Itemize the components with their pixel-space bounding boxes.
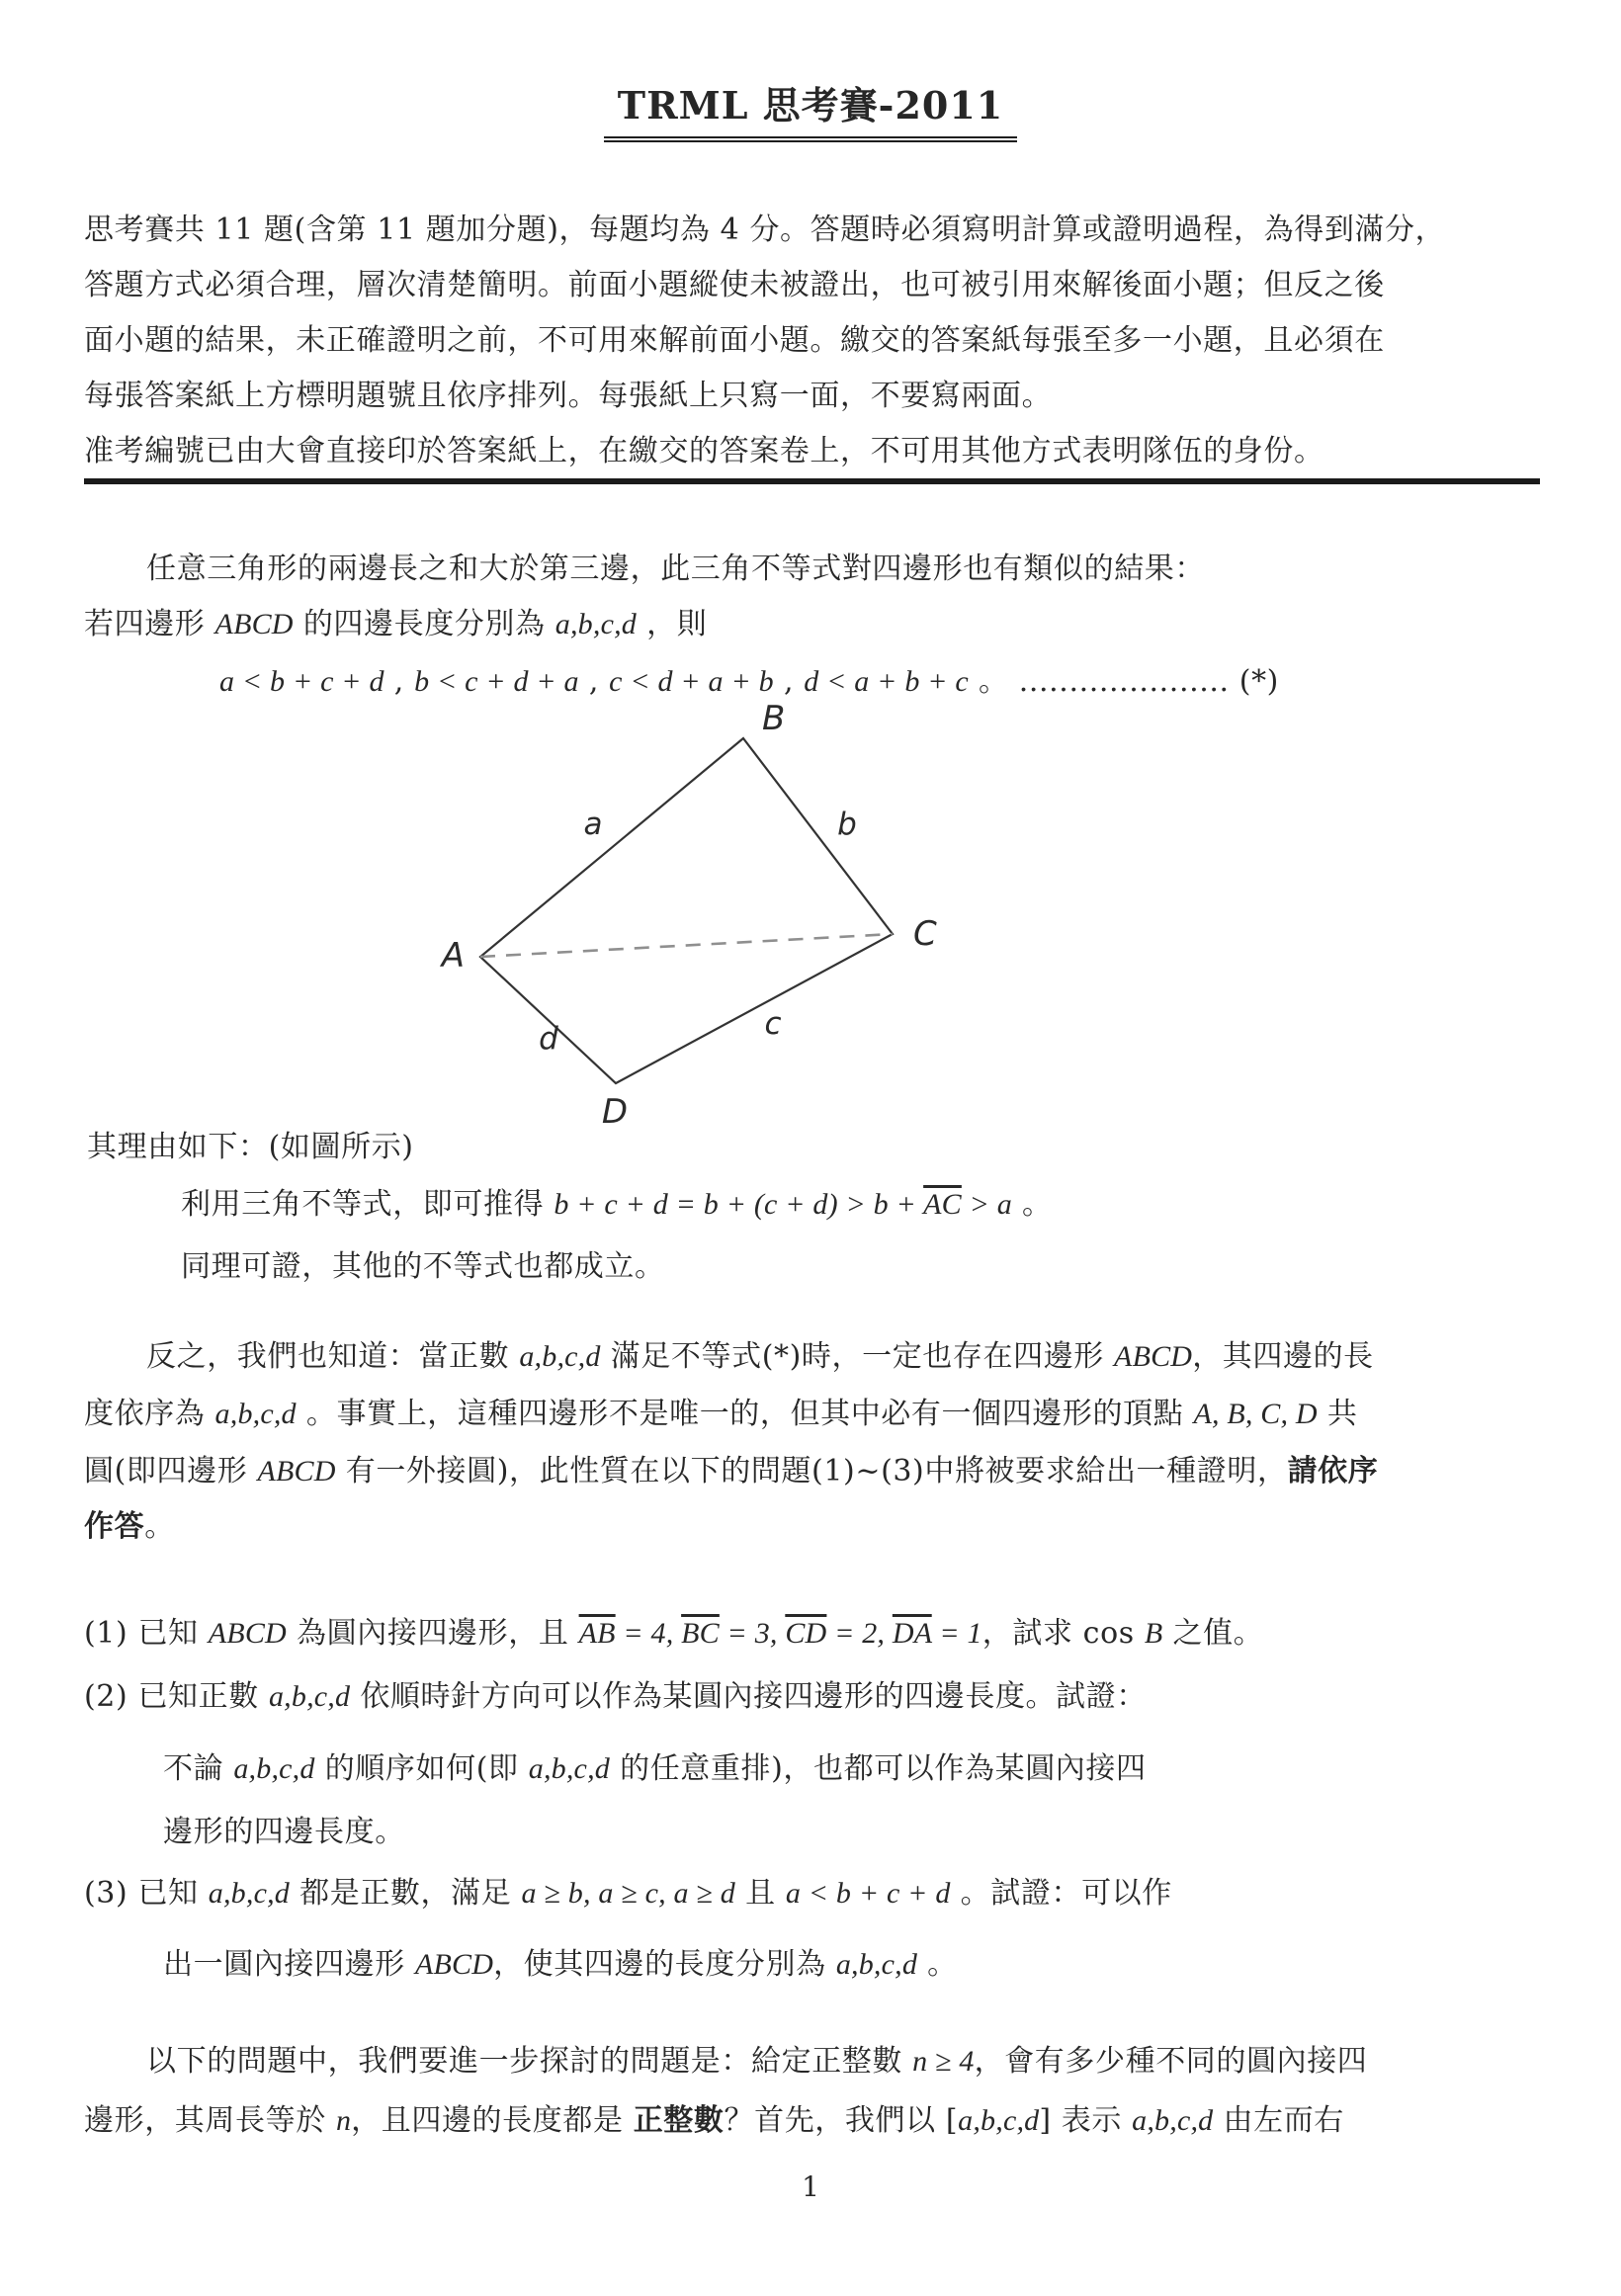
formula-star: a < b + c + d , b < c + d + a , c < d + … — [219, 661, 1279, 703]
diagonal-ac — [480, 934, 893, 957]
problem-3-line-1: (3) 已知 a,b,c,d 都是正數，滿足 a ≥ b, a ≥ c, a ≥… — [84, 1873, 1172, 1914]
instruction-line-3: 面小題的結果，未正確證明之前，不可用來解前面小題。繳交的答案紙每張至多一小題，且… — [84, 320, 1385, 362]
converse-line-4: 作答。 — [84, 1506, 175, 1548]
closing-line-1: 以下的問題中，我們要進一步探討的問題是：給定正整數 n ≥ 4，會有多少種不同的… — [146, 2041, 1367, 2083]
reason-line-1: 其理由如下：(如圖所示) — [87, 1127, 414, 1168]
side-label-b: b — [837, 807, 857, 842]
problem-3-line-2: 出一圓內接四邊形 ABCD，使其四邊的長度分別為 a,b,c,d 。 — [163, 1944, 958, 1986]
vertex-label-a: A — [440, 936, 465, 976]
converse-line-1: 反之，我們也知道：當正數 a,b,c,d 滿足不等式(*)時，一定也存在四邊形 … — [146, 1336, 1374, 1378]
instruction-line-1: 思考賽共 11 題(含第 11 題加分題)，每題均為 4 分。答題時必須寫明計算… — [84, 210, 1445, 251]
page-title: TRML 思考賽-2011 — [604, 75, 1017, 142]
instruction-line-4: 每張答案紙上方標明題號且依序排列。每張紙上只寫一面，不要寫兩面。 — [84, 376, 1052, 417]
vertex-label-d: D — [602, 1092, 628, 1129]
reason-line-3: 同理可證，其他的不等式也都成立。 — [181, 1246, 665, 1288]
instruction-line-5: 准考編號已由大會直接印於答案紙上，在繳交的答案卷上，不可用其他方式表明隊伍的身份… — [84, 431, 1324, 472]
divider-rule — [84, 478, 1540, 484]
converse-line-2: 度依序為 a,b,c,d 。事實上，這種四邊形不是唯一的，但其中必有一個四邊形的… — [84, 1394, 1358, 1435]
problem-2-line-2: 不論 a,b,c,d 的順序如何(即 a,b,c,d 的任意重排)，也都可以作為… — [163, 1748, 1147, 1790]
instruction-line-2: 答題方式必須合理，層次清楚簡明。前面小題縱使未被證出，也可被引用來解後面小題；但… — [84, 265, 1385, 306]
problem-1-line-1: (1) 已知 ABCD 為圓內接四邊形，且 AB = 4, BC = 3, CD… — [84, 1613, 1263, 1655]
document-page: TRML 思考賽-2011 思考賽共 11 題(含第 11 題加分題)，每題均為… — [0, 0, 1621, 2296]
problem-2-line-1: (2) 已知正數 a,b,c,d 依順時針方向可以作為某圓內接四邊形的四邊長度。… — [84, 1676, 1147, 1718]
reason-line-2: 利用三角不等式，即可推得 b + c + d = b + (c + d) > b… — [181, 1184, 1053, 1226]
side-label-d: d — [539, 1021, 558, 1057]
intro-line-2: 若四邊形 ABCD 的四邊長度分別為 a,b,c,d ，則 — [84, 604, 707, 645]
vertex-label-c: C — [913, 914, 937, 954]
side-label-a: a — [584, 807, 603, 842]
closing-line-2: 邊形，其周長等於 n，且四邊的長度都是 正整數？首先，我們以 [a,b,c,d]… — [84, 2100, 1344, 2142]
side-label-c: c — [764, 1006, 781, 1042]
converse-line-3: 圓(即四邊形 ABCD 有一外接圓)，此性質在以下的問題(1)~(3)中將被要求… — [84, 1451, 1378, 1492]
title-row: TRML 思考賽-2011 — [0, 75, 1621, 142]
quadrilateral-figure: A B C D a b c d — [346, 704, 1038, 1129]
problem-2-line-3: 邊形的四邊長度。 — [163, 1812, 405, 1853]
intro-line-1: 任意三角形的兩邊長之和大於第三邊，此三角不等式對四邊形也有類似的結果： — [146, 549, 1205, 590]
page-number: 1 — [0, 2170, 1621, 2203]
vertex-label-b: B — [762, 704, 785, 738]
